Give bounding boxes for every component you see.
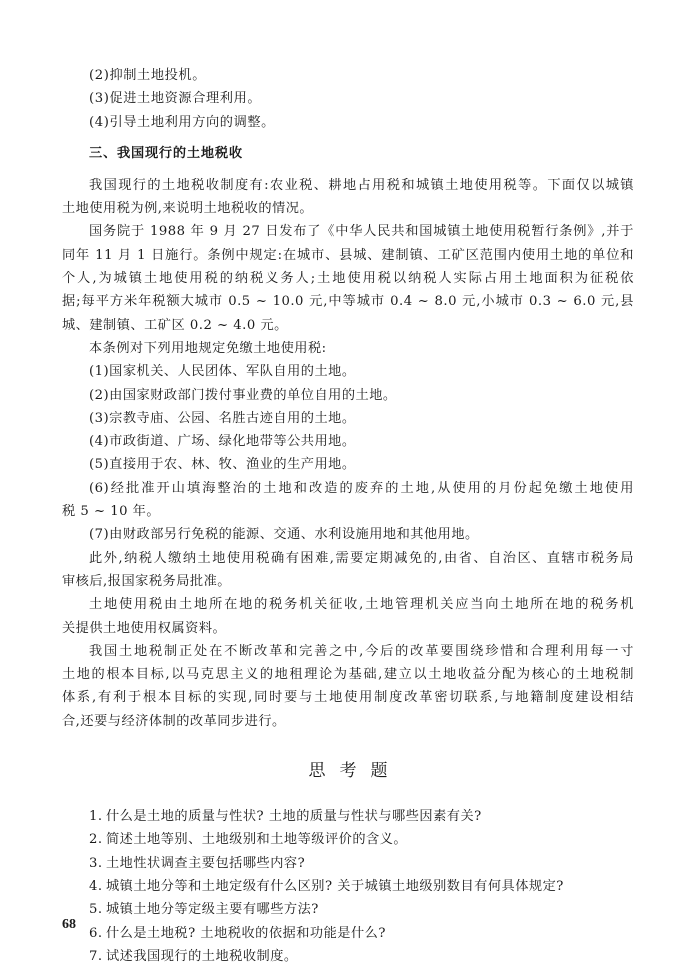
text-line: (3)宗教寺庙、公园、名胜古迹自用的土地。 (62, 407, 634, 430)
text-line: (4)市政街道、广场、绿化地带等公共用地。 (62, 430, 634, 453)
question-item: 6.什么是土地税? 土地税收的依据和功能是什么? (62, 922, 634, 945)
question-item: 3.土地性状调查主要包括哪些内容? (62, 852, 634, 875)
questions-list: 1.什么是土地的质量与性状? 土地的质量与性状与哪些因素有关? 2.简述土地等别… (62, 805, 634, 968)
exemption-list: (1)国家机关、人民团体、军队自用的土地。 (2)由国家财政部门拨付事业费的单位… (62, 360, 634, 546)
question-text: 城镇土地分等定级主要有哪些方法? (106, 902, 319, 917)
text-line: (1)国家机关、人民团体、军队自用的土地。 (62, 360, 634, 383)
list-item: (5)直接用于农、林、牧、渔业的生产用地。 (62, 453, 634, 476)
question-text: 什么是土地的质量与性状? 土地的质量与性状与哪些因素有关? (106, 809, 482, 824)
list-item: (4)引导土地利用方向的调整。 (62, 111, 634, 134)
text-line: 本条例对下列用地规定免缴土地使用税: (62, 337, 634, 360)
question-number: 7. (89, 945, 106, 968)
text-line: 土地使用税由土地所在地的税务机关征收,土地管理机关应当向土地所在地的税务机 (62, 593, 634, 616)
list-item: (3)宗教寺庙、公园、名胜古迹自用的土地。 (62, 407, 634, 430)
question-text: 土地性状调查主要包括哪些内容? (106, 856, 305, 871)
paragraph-reform: 我国土地税制正处在不断改革和完善之中,今后的改革要围绕珍惜和合理利用每一寸 土地… (62, 640, 634, 733)
text-line: 土地的根本目标,以马克思主义的地租理论为基础,建立以土地收益分配为核心的土地税制 (62, 663, 634, 686)
text-line: 税 5 ~ 10 年。 (62, 500, 634, 523)
text-line: (5)直接用于农、林、牧、渔业的生产用地。 (62, 453, 634, 476)
text-line: 据;每平方米年税额大城市 0.5 ~ 10.0 元,中等城市 0.4 ~ 8.0… (62, 290, 634, 313)
question-number: 5. (89, 898, 106, 921)
text-line: 审核后,报国家税务局批准。 (62, 570, 634, 593)
question-number: 6. (89, 922, 106, 945)
list-item: (6)经批准开山填海整治的土地和改造的废弃的土地,从使用的月份起免缴土地使用 税… (62, 477, 634, 524)
page-number: 68 (62, 917, 76, 933)
list-item: (3)促进土地资源合理利用。 (62, 87, 634, 110)
text-line: 城、建制镇、工矿区 0.2 ~ 4.0 元。 (62, 314, 634, 337)
questions-title: 思考题 (62, 759, 634, 783)
paragraph-regulation: 国务院于 1988 年 9 月 27 日发布了《中华人民共和国城镇土地使用税暂行… (62, 220, 634, 336)
text-line: (6)经批准开山填海整治的土地和改造的废弃的土地,从使用的月份起免缴土地使用 (62, 477, 634, 500)
question-number: 1. (89, 805, 106, 828)
text-line: 国务院于 1988 年 9 月 27 日发布了《中华人民共和国城镇土地使用税暂行… (62, 220, 634, 243)
paragraph-exemption-intro: 本条例对下列用地规定免缴土地使用税: (62, 337, 634, 360)
question-text: 城镇土地分等和土地定级有什么区别? 关于城镇土地级别数目有何具体规定? (106, 879, 564, 894)
question-number: 2. (89, 828, 106, 851)
paragraph-tax-system: 我国现行的土地税收制度有:农业税、耕地占用税和城镇土地使用税等。下面仅以城镇 土… (62, 174, 634, 221)
section-heading: 三、我国现行的土地税收 (62, 142, 634, 165)
text-line: 同年 11 月 1 日施行。条例中规定:在城市、县城、建制镇、工矿区范围内使用土… (62, 244, 634, 267)
text-line: 合,还要与经济体制的改革同步进行。 (62, 710, 634, 733)
question-number: 3. (89, 852, 106, 875)
document-page: (2)抑制土地投机。 (3)促进土地资源合理利用。 (4)引导土地利用方向的调整… (62, 64, 634, 968)
question-item: 5.城镇土地分等定级主要有哪些方法? (62, 898, 634, 921)
question-item: 2.简述土地等别、土地级别和土地等级评价的含义。 (62, 828, 634, 851)
list-item: (4)市政街道、广场、绿化地带等公共用地。 (62, 430, 634, 453)
question-item: 1.什么是土地的质量与性状? 土地的质量与性状与哪些因素有关? (62, 805, 634, 828)
list-item: (2)由国家财政部门拨付事业费的单位自用的土地。 (62, 384, 634, 407)
text-line: (2)由国家财政部门拨付事业费的单位自用的土地。 (62, 384, 634, 407)
question-item: 4.城镇土地分等和土地定级有什么区别? 关于城镇土地级别数目有何具体规定? (62, 875, 634, 898)
question-text: 简述土地等别、土地级别和土地等级评价的含义。 (106, 832, 407, 847)
text-line: 我国土地税制正处在不断改革和完善之中,今后的改革要围绕珍惜和合理利用每一寸 (62, 640, 634, 663)
question-number: 4. (89, 875, 106, 898)
text-line: 土地使用税为例,来说明土地税收的情况。 (62, 197, 634, 220)
text-line: 个人,为城镇土地使用税的纳税义务人;土地使用税以纳税人实际占用土地面积为征税依 (62, 267, 634, 290)
list-item: (2)抑制土地投机。 (62, 64, 634, 87)
text-line: 体系,有利于根本目标的实现,同时要与土地使用制度改革密切联系,与地籍制度建设相结 (62, 686, 634, 709)
text-line: 我国现行的土地税收制度有:农业税、耕地占用税和城镇土地使用税等。下面仅以城镇 (62, 174, 634, 197)
question-item: 7.试述我国现行的土地税收制度。 (62, 945, 634, 968)
list-item: (7)由财政部另行免税的能源、交通、水利设施用地和其他用地。 (62, 523, 634, 546)
list-item: (1)国家机关、人民团体、军队自用的土地。 (62, 360, 634, 383)
text-line: 此外,纳税人缴纳土地使用税确有困难,需要定期减免的,由省、自治区、直辖市税务局 (62, 547, 634, 570)
objectives-list: (2)抑制土地投机。 (3)促进土地资源合理利用。 (4)引导土地利用方向的调整… (62, 64, 634, 134)
paragraph-collection: 土地使用税由土地所在地的税务机关征收,土地管理机关应当向土地所在地的税务机 关提… (62, 593, 634, 640)
text-line: 关提供土地使用权属资料。 (62, 617, 634, 640)
text-line: (7)由财政部另行免税的能源、交通、水利设施用地和其他用地。 (62, 523, 634, 546)
question-text: 试述我国现行的土地税收制度。 (106, 949, 298, 964)
question-text: 什么是土地税? 土地税收的依据和功能是什么? (106, 926, 386, 941)
paragraph-hardship: 此外,纳税人缴纳土地使用税确有困难,需要定期减免的,由省、自治区、直辖市税务局 … (62, 547, 634, 594)
